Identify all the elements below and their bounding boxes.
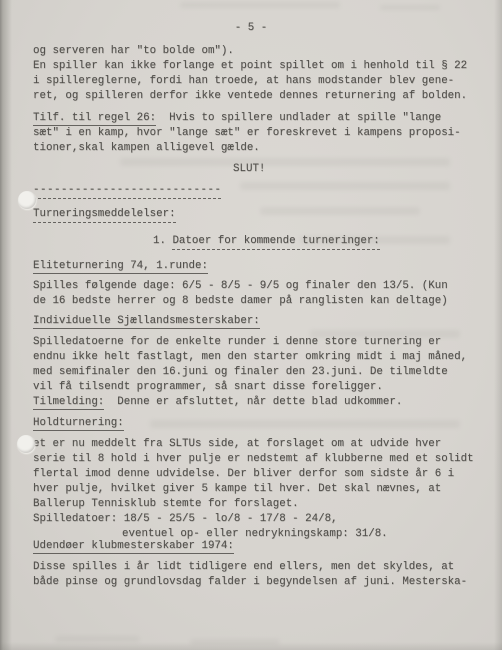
text-line: et er nu meddelt fra SLTUs side, at fors… (33, 437, 484, 452)
text-line: tioner,skal kampen alligevel gælde. (33, 141, 484, 156)
udendors-heading: Udendøer klubmesterskaber 1974: (33, 539, 484, 554)
bleedthrough-smudge (190, 639, 280, 645)
text-line: de 16 bedste herrer og 8 bedste damer på… (33, 294, 484, 309)
udendors-paragraph: Disse spilles i år lidt tidligere end el… (33, 560, 484, 590)
elite-heading-text: Eliteturnering 74, 1.runde: (33, 260, 208, 274)
bleedthrough-smudge (150, 420, 460, 428)
scanned-page: - 5 - og serveren har "to bolde om"). En… (0, 0, 502, 650)
bleedthrough-smudge (55, 636, 140, 642)
text-line: Tilmelding: Denne er afsluttet, når dett… (33, 395, 484, 410)
elite-heading: Eliteturnering 74, 1.runde: (33, 259, 484, 274)
hold-paragraph: et er nu meddelt fra SLTUs side, at fors… (33, 437, 484, 527)
text-line: Tilf. til regel 26: Hvis to spillere und… (33, 111, 484, 126)
page-number-text: - 5 - (235, 22, 267, 34)
text-line: Disse spilles i år lidt tidligere end el… (33, 560, 484, 575)
intro-paragraph: og serveren har "to bolde om"). En spill… (33, 44, 484, 104)
bleedthrough-smudge (240, 182, 450, 190)
page-number: - 5 - (0, 21, 502, 36)
text-line: ret, og spilleren derfor ikke ventede de… (33, 89, 484, 104)
bleedthrough-smudge (180, 2, 340, 8)
text-line: både pinse og grundlovsdag falder i begy… (33, 575, 484, 590)
text-line: sæt" i en kamp, hvor "lange sæt" er fore… (33, 126, 484, 141)
text-line: En spiller kan ikke forlange et point sp… (33, 59, 484, 74)
tilmelding-rest: Denne er afsluttet, når dette blad udkom… (104, 396, 402, 408)
text-line: Spilles følgende dage: 6/5 - 8/5 - 9/5 o… (33, 279, 484, 294)
bleedthrough-smudge (120, 158, 450, 166)
bleedthrough-smudge (380, 5, 440, 10)
tilmelding-label: Tilmelding: (33, 396, 104, 410)
individuelle-heading-text: Individuelle Sjællandsmesterskaber: (33, 315, 260, 329)
text-line: og serveren har "to bolde om"). (33, 44, 484, 59)
individuelle-heading: Individuelle Sjællandsmesterskaber: (33, 314, 484, 329)
bleedthrough-smudge (300, 236, 450, 244)
text-line: Spilledatoer: 18/5 - 25/5 - lo/8 - 17/8 … (33, 512, 484, 527)
bleedthrough-smudge (310, 330, 460, 338)
hole-punch (18, 191, 36, 209)
text-line: vil få tilsendt programmer, så snart dis… (33, 380, 484, 395)
text-line: hver pulje, hvilket giver 5 kampe til hv… (33, 482, 484, 497)
separator-dashes: --------------------------- (33, 184, 221, 199)
dates-heading-number: 1. (153, 235, 172, 247)
hold-heading-text: Holdturnering: (33, 417, 124, 431)
text-line: med semifinaler den 16.juni og finaler d… (33, 365, 484, 380)
elite-paragraph: Spilles følgende dage: 6/5 - 8/5 - 9/5 o… (33, 279, 484, 309)
text-line: serie til 8 hold i hver pulje er nedstem… (33, 452, 484, 467)
text-line: endnu ikke helt fastlagt, men den starte… (33, 350, 484, 365)
rule26-label: Tilf. til regel 26: (33, 112, 156, 126)
text-line: Ballerup Tennisklub stemte for forslaget… (33, 497, 484, 512)
page-left-edge-shadow (0, 0, 12, 650)
udendors-heading-text: Udendøer klubmesterskaber 1974: (33, 540, 234, 554)
individuelle-paragraph: Spilledatoerne for de enkelte runder i d… (33, 335, 484, 410)
hole-punch (17, 435, 35, 453)
rule26-line1-rest: Hvis to spillere undlader at spille "lan… (156, 112, 441, 124)
text-line: i spillereglerne, fordi han troede, at h… (33, 74, 484, 89)
bleedthrough-smudge (260, 207, 420, 215)
text-line: flertal imod denne udvidelse. Der bliver… (33, 467, 484, 482)
rule26-paragraph: Tilf. til regel 26: Hvis to spillere und… (33, 111, 484, 156)
page-right-edge-shadow (494, 0, 502, 650)
section-title-text: Turneringsmeddelelser: (33, 208, 176, 223)
